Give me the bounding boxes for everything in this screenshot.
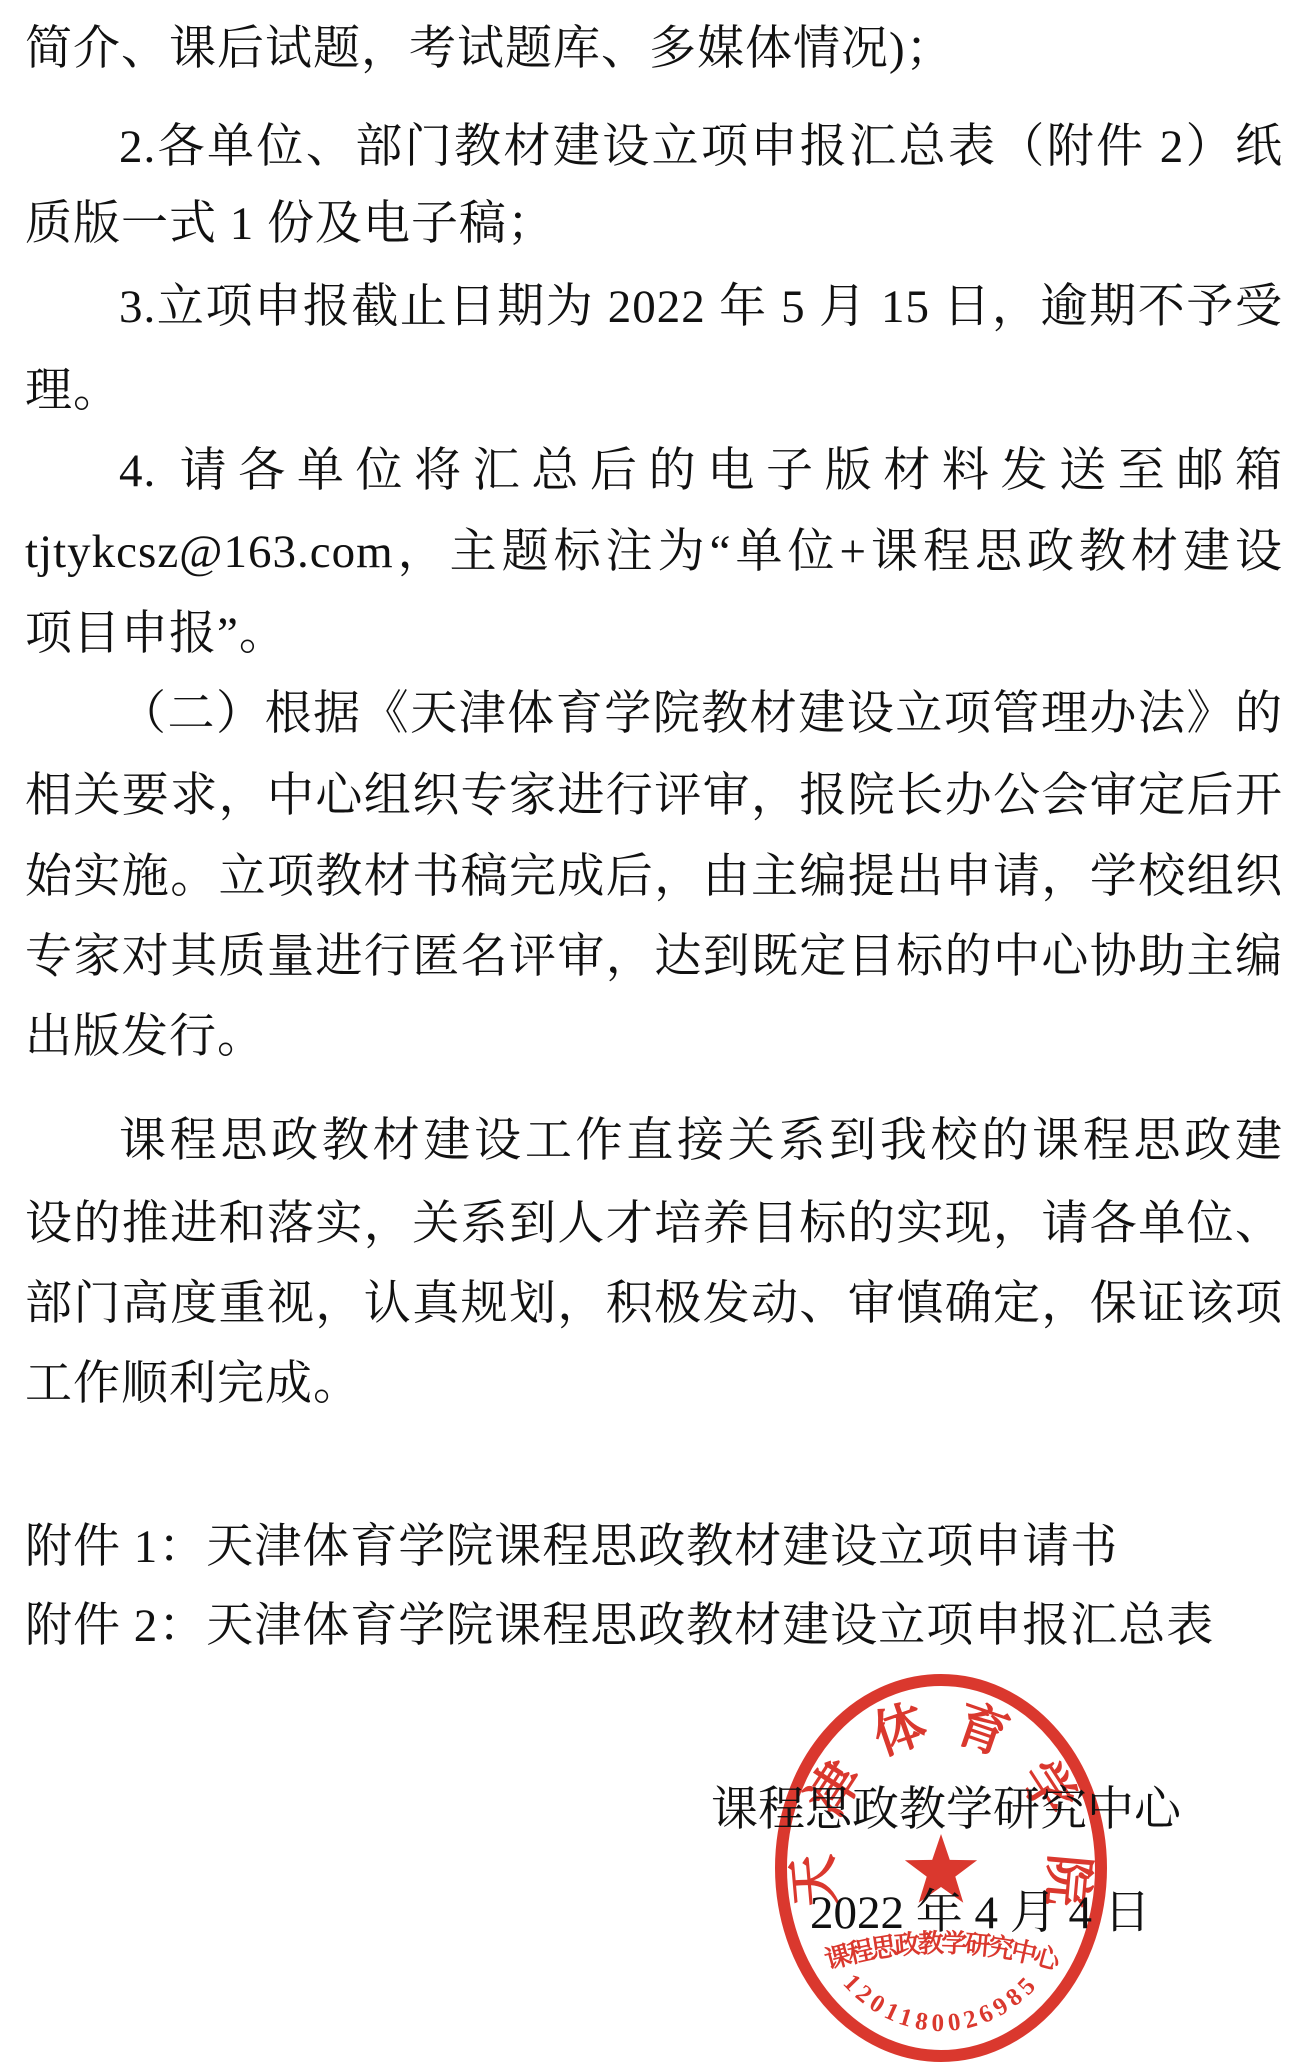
body-line-3: 质版一式 1 份及电子稿； (25, 201, 1283, 248)
body-line-15: 设的推进和落实，关系到人才培养目标的实现，请各单位、 (25, 1201, 1283, 1248)
signature-organization: 课程思政教学研究中心 (711, 1787, 1181, 1834)
seal-arc-char: 育 (948, 1695, 1016, 1767)
body-line-9: （二）根据《天津体育学院教材建设立项管理办法》的 (25, 691, 1283, 738)
body-line-10: 相关要求，中心组织专家进行评审，报院长办公会审定后开 (25, 773, 1283, 820)
attachment-line-1: 附件 1：天津体育学院课程思政教材建设立项申请书 (25, 1524, 1283, 1571)
body-line-4: 3.立项申报截止日期为 2022 年 5 月 15 日，逾期不予受 (25, 284, 1283, 331)
seal-arc-char: 体 (866, 1695, 934, 1767)
body-line-5: 理。 (25, 368, 1283, 415)
body-line-14: 课程思政教材建设工作直接关系到我校的课程思政建 (25, 1118, 1283, 1165)
body-line-6: 4. 请各单位将汇总后的电子版材料发送至邮箱 (25, 448, 1283, 495)
signature-date: 2022 年 4 月 4 日 (810, 1890, 1151, 1937)
body-line-8: 项目申报”。 (25, 611, 1283, 658)
attachment-line-2: 附件 2：天津体育学院课程思政教材建设立项申报汇总表 (25, 1603, 1283, 1650)
body-line-2: 2.各单位、部门教材建设立项申报汇总表（附件 2）纸 (25, 124, 1283, 171)
body-line-1: 简介、课后试题，考试题库、多媒体情况)； (25, 26, 1283, 73)
body-line-11: 始实施。立项教材书稿完成后，由主编提出申请，学校组织 (25, 854, 1283, 901)
body-line-13: 出版发行。 (25, 1014, 1283, 1061)
body-line-16: 部门高度重视，认真规划，积极发动、审慎确定，保证该项 (25, 1281, 1283, 1328)
seal-serial-number: 1201180026985 (838, 1969, 1045, 2037)
seal-serial-wrap: 1201180026985 (838, 1969, 1045, 2037)
body-line-12: 专家对其质量进行匿名评审，达到既定目标的中心协助主编 (25, 934, 1283, 981)
body-line-7: tjtykcsz@163.com，主题标注为“单位+课程思政教材建设 (25, 529, 1283, 576)
document-page: 天 津 体 育 学 院 课程思政教学研究中心 1201180026985 简介、… (0, 0, 1308, 2070)
body-line-17: 工作顺利完成。 (25, 1361, 1283, 1408)
seal-ring (781, 1680, 1101, 2056)
